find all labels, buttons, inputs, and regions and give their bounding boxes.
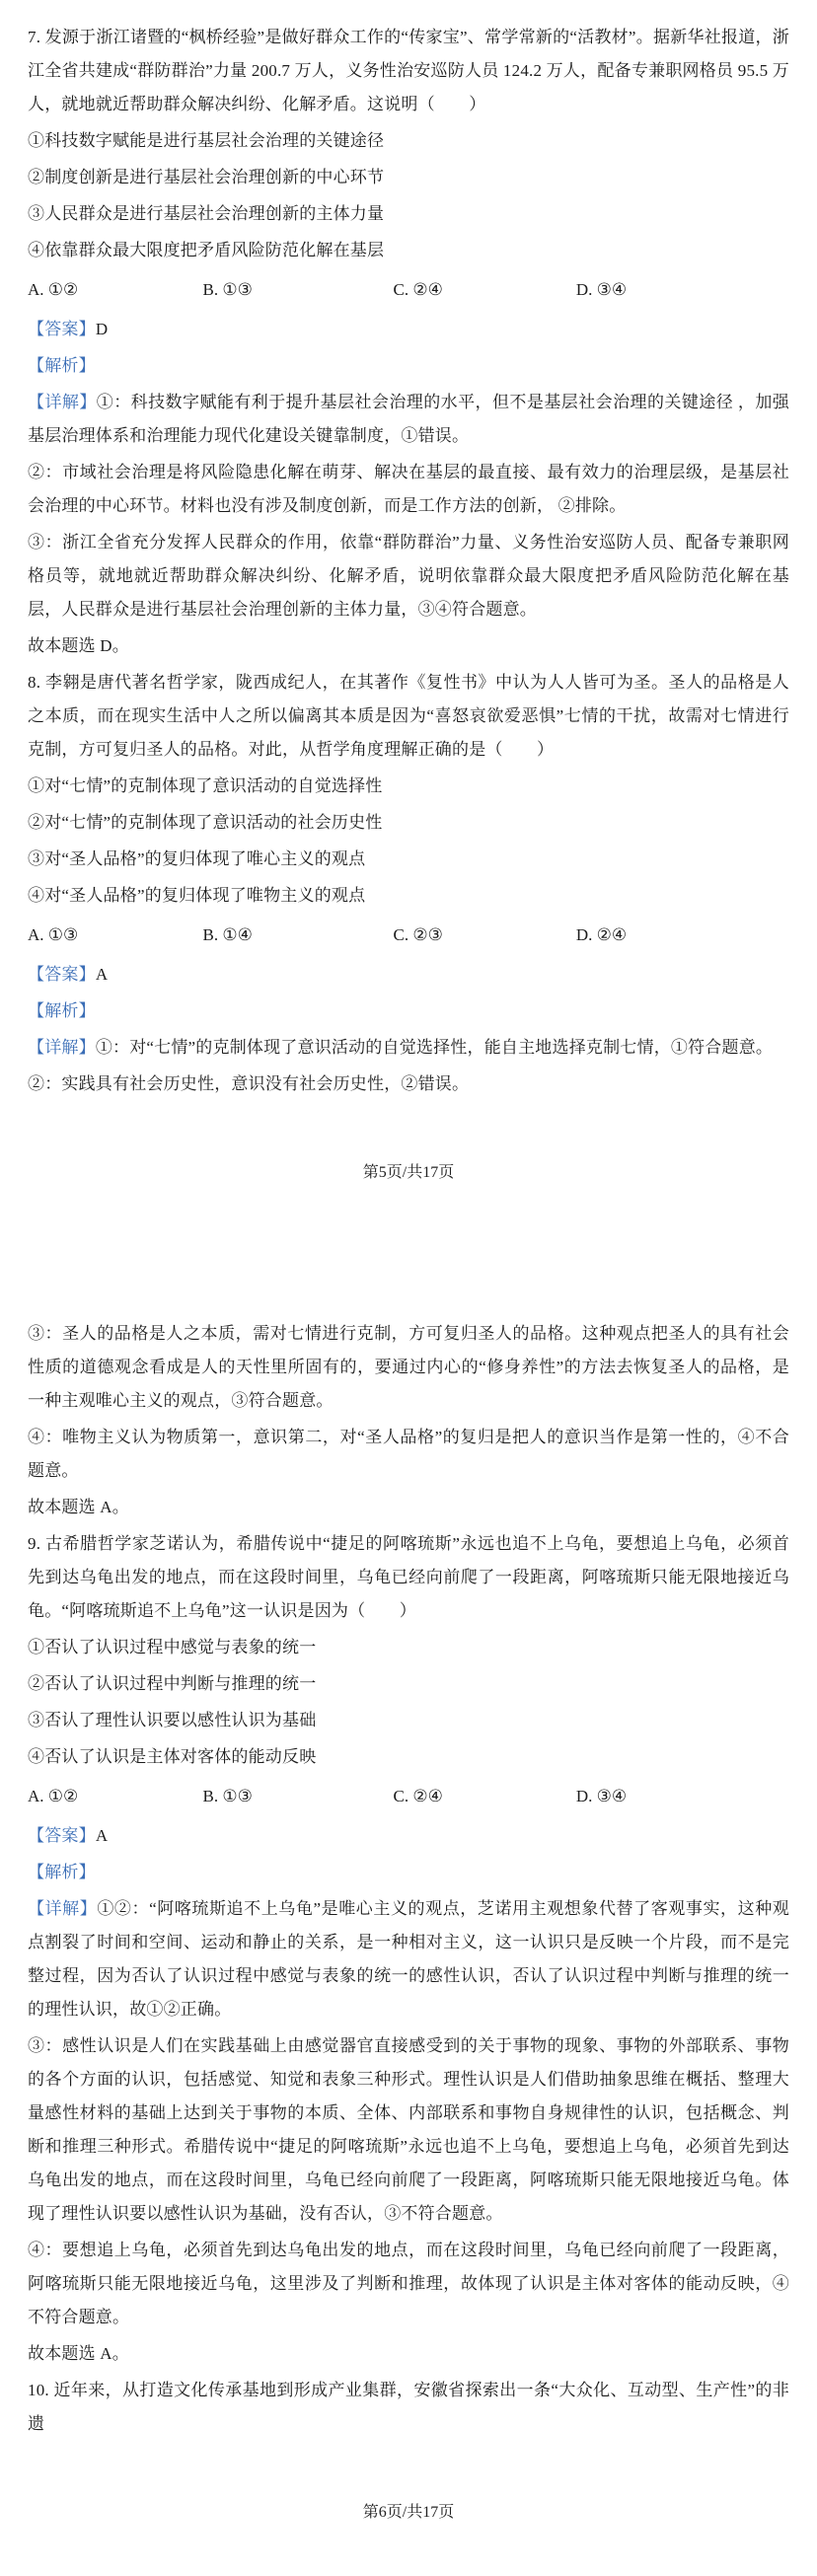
paragraph-text: 故本题选 A。 (28, 2344, 129, 2363)
choice-item: ④否认了认识是主体对客体的能动反映 (28, 1740, 789, 1774)
page-footer: 第6页/共17页 (28, 2498, 789, 2528)
section-label: 【解析】 (28, 1001, 96, 1020)
section-label: 【答案】 (28, 320, 96, 338)
paragraph-text: A (96, 1826, 108, 1845)
detail-paragraph: 【详解】①：对“七情”的克制体现了意识活动的自觉选择性，能自主地选择克制七情，①… (28, 1031, 789, 1065)
paragraph: ③：感性认识是人们在实践基础上由感觉器官直接感受到的关于事物的现象、事物的外部联… (28, 2029, 789, 2231)
paragraph-text: ②否认了认识过程中判断与推理的统一 (28, 1674, 316, 1693)
paragraph-text: D (96, 320, 108, 338)
choice-item: ②否认了认识过程中判断与推理的统一 (28, 1667, 789, 1701)
answer-option: A. ①② (28, 1780, 203, 1813)
paragraph-text: 7. 发源于浙江诸暨的“枫桥经验”是做好群众工作的“传家宝”、常学常新的“活教材… (28, 28, 789, 113)
paragraph-text: ④依靠群众最大限度把矛盾风险防范化解在基层 (28, 241, 384, 259)
analysis-label-line: 【解析】 (28, 349, 789, 383)
answer-option: C. ②③ (394, 919, 576, 952)
paragraph: ④：唯物主义认为物质第一，意识第二，对“圣人品格”的复归是把人的意识当作是第一性… (28, 1421, 789, 1488)
paragraph-text: ④否认了认识是主体对客体的能动反映 (28, 1747, 316, 1766)
paragraph: ②：市域社会治理是将风险隐患化解在萌芽、解决在基层的最直接、最有效力的治理层级，… (28, 456, 789, 523)
paragraph-text: ①对“七情”的克制体现了意识活动的自觉选择性 (28, 776, 383, 795)
choice-item: ①否认了认识过程中感觉与表象的统一 (28, 1631, 789, 1664)
answer-option: B. ①③ (203, 273, 394, 307)
choice-item: ③对“圣人品格”的复归体现了唯心主义的观点 (28, 843, 789, 876)
section-label: 【解析】 (28, 1863, 96, 1881)
page-5: 7. 发源于浙江诸暨的“枫桥经验”是做好群众工作的“传家宝”、常学常新的“活教材… (28, 21, 789, 1188)
paragraph: ③：圣人的品格是人之本质，需对七情进行克制，方可复归圣人的品格。这种观点把圣人的… (28, 1317, 789, 1418)
paragraph-text: A (96, 965, 108, 984)
paragraph-text: ②：市域社会治理是将风险隐患化解在萌芽、解决在基层的最直接、最有效力的治理层级，… (28, 463, 789, 515)
paragraph-text: ③人民群众是进行基层社会治理创新的主体力量 (28, 204, 384, 223)
paragraph-text: ①②：“阿喀琉斯追不上乌龟”是唯心主义的观点，芝诺用主观想象代替了客观事实，这种… (28, 1899, 789, 2019)
paragraph-text: 9. 古希腊哲学家芝诺认为，希腊传说中“捷足的阿喀琉斯”永远也追不上乌龟，要想追… (28, 1534, 789, 1620)
choice-item: ④对“圣人品格”的复归体现了唯物主义的观点 (28, 879, 789, 913)
choice-item: ①科技数字赋能是进行基层社会治理的关键途径 (28, 124, 789, 158)
paragraph-text: ④对“圣人品格”的复归体现了唯物主义的观点 (28, 886, 365, 905)
exam-document: 7. 发源于浙江诸暨的“枫桥经验”是做好群众工作的“传家宝”、常学常新的“活教材… (0, 0, 817, 2551)
conclusion-line: 故本题选 D。 (28, 629, 789, 663)
answer-line: 【答案】A (28, 1819, 789, 1853)
answer-line: 【答案】A (28, 958, 789, 992)
section-label: 【详解】 (28, 1899, 97, 1918)
paragraph-text: 故本题选 A。 (28, 1498, 129, 1516)
page-6-content: ③：圣人的品格是人之本质，需对七情进行克制，方可复归圣人的品格。这种观点把圣人的… (28, 1188, 789, 2441)
answer-option: B. ①④ (203, 919, 394, 952)
choice-item: ④依靠群众最大限度把矛盾风险防范化解在基层 (28, 234, 789, 267)
paragraph-text: ②对“七情”的克制体现了意识活动的社会历史性 (28, 813, 383, 832)
question-paragraph: 10. 近年来，从打造文化传承基地到形成产业集群，安徽省探索出一条“大众化、互动… (28, 2374, 789, 2441)
answer-option: C. ②④ (394, 273, 576, 307)
paragraph-text: ③对“圣人品格”的复归体现了唯心主义的观点 (28, 849, 365, 868)
question-paragraph: 9. 古希腊哲学家芝诺认为，希腊传说中“捷足的阿喀琉斯”永远也追不上乌龟，要想追… (28, 1527, 789, 1628)
analysis-label-line: 【解析】 (28, 1856, 789, 1889)
paragraph-text: ④：唯物主义认为物质第一，意识第二，对“圣人品格”的复归是把人的意识当作是第一性… (28, 1428, 789, 1480)
conclusion-line: 故本题选 A。 (28, 1491, 789, 1524)
detail-paragraph: 【详解】①：科技数字赋能有利于提升基层社会治理的水平，但不是基层社会治理的关键途… (28, 386, 789, 453)
paragraph-text: ④：要想追上乌龟，必须首先到达乌龟出发的地点，而在这段时间里，乌龟已经向前爬了一… (28, 2241, 789, 2326)
paragraph-text: 故本题选 D。 (28, 636, 129, 655)
paragraph-text: 10. 近年来，从打造文化传承基地到形成产业集群，安徽省探索出一条“大众化、互动… (28, 2381, 789, 2433)
section-label: 【详解】 (28, 1038, 96, 1057)
paragraph-text: ①：对“七情”的克制体现了意识活动的自觉选择性，能自主地选择克制七情，①符合题意… (96, 1038, 773, 1057)
choice-item: ③否认了理性认识要以感性认识为基础 (28, 1704, 789, 1737)
answer-option: D. ②④ (576, 919, 789, 952)
question-paragraph: 7. 发源于浙江诸暨的“枫桥经验”是做好群众工作的“传家宝”、常学常新的“活教材… (28, 21, 789, 121)
choice-item: ②制度创新是进行基层社会治理创新的中心环节 (28, 161, 789, 194)
answer-option: C. ②④ (394, 1780, 576, 1813)
paragraph: ③：浙江全省充分发挥人民群众的作用，依靠“群防群治”力量、义务性治安巡防人员、配… (28, 526, 789, 626)
paragraph-text: ③否认了理性认识要以感性认识为基础 (28, 1711, 316, 1730)
section-label: 【答案】 (28, 965, 96, 984)
paragraph-text: ③：圣人的品格是人之本质，需对七情进行克制，方可复归圣人的品格。这种观点把圣人的… (28, 1324, 789, 1410)
choice-item: ③人民群众是进行基层社会治理创新的主体力量 (28, 197, 789, 231)
paragraph-text: ①：科技数字赋能有利于提升基层社会治理的水平，但不是基层社会治理的关键途径 ，加… (28, 393, 789, 445)
question-paragraph: 8. 李翱是唐代著名哲学家，陇西成纪人，在其著作《复性书》中认为人人皆可为圣。圣… (28, 666, 789, 767)
paragraph-text: ②：实践具有社会历史性，意识没有社会历史性，②错误。 (28, 1074, 469, 1093)
answer-option: B. ①③ (203, 1780, 394, 1813)
answer-options-row: A. ①②B. ①③C. ②④D. ③④ (28, 273, 789, 307)
analysis-label-line: 【解析】 (28, 994, 789, 1028)
paragraph-text: ①科技数字赋能是进行基层社会治理的关键途径 (28, 131, 384, 150)
answer-options-row: A. ①②B. ①③C. ②④D. ③④ (28, 1780, 789, 1813)
answer-option: D. ③④ (576, 273, 789, 307)
paragraph-text: 8. 李翱是唐代著名哲学家，陇西成纪人，在其著作《复性书》中认为人人皆可为圣。圣… (28, 673, 789, 759)
section-label: 【详解】 (28, 393, 97, 411)
answer-options-row: A. ①③B. ①④C. ②③D. ②④ (28, 919, 789, 952)
choice-item: ①对“七情”的克制体现了意识活动的自觉选择性 (28, 770, 789, 803)
detail-paragraph: 【详解】①②：“阿喀琉斯追不上乌龟”是唯心主义的观点，芝诺用主观想象代替了客观事… (28, 1892, 789, 2026)
paragraph: ④：要想追上乌龟，必须首先到达乌龟出发的地点，而在这段时间里，乌龟已经向前爬了一… (28, 2234, 789, 2334)
answer-option: A. ①③ (28, 919, 203, 952)
paragraph-text: ②制度创新是进行基层社会治理创新的中心环节 (28, 168, 384, 186)
paragraph-text: ①否认了认识过程中感觉与表象的统一 (28, 1638, 316, 1656)
page-footer: 第5页/共17页 (28, 1158, 789, 1188)
section-label: 【答案】 (28, 1826, 96, 1845)
paragraph-text: ③：浙江全省充分发挥人民群众的作用，依靠“群防群治”力量、义务性治安巡防人员、配… (28, 533, 789, 619)
page-5-content: 7. 发源于浙江诸暨的“枫桥经验”是做好群众工作的“传家宝”、常学常新的“活教材… (28, 21, 789, 1101)
paragraph-text: ③：感性认识是人们在实践基础上由感觉器官直接感受到的关于事物的现象、事物的外部联… (28, 2036, 789, 2223)
answer-option: D. ③④ (576, 1780, 789, 1813)
page-6: ③：圣人的品格是人之本质，需对七情进行克制，方可复归圣人的品格。这种观点把圣人的… (28, 1188, 789, 2528)
section-label: 【解析】 (28, 356, 96, 375)
answer-line: 【答案】D (28, 313, 789, 346)
paragraph: ②：实践具有社会历史性，意识没有社会历史性，②错误。 (28, 1067, 789, 1101)
conclusion-line: 故本题选 A。 (28, 2337, 789, 2371)
answer-option: A. ①② (28, 273, 203, 307)
choice-item: ②对“七情”的克制体现了意识活动的社会历史性 (28, 806, 789, 840)
